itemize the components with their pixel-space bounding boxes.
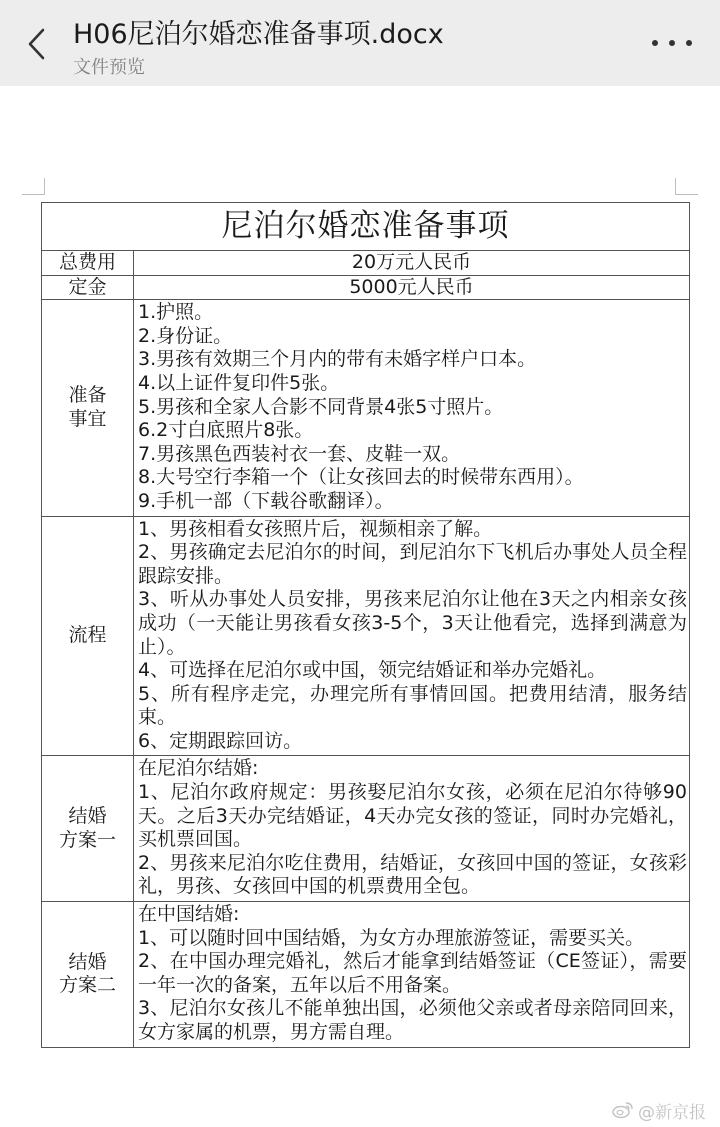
label-line: 结婚 xyxy=(46,951,129,975)
label-line: 准备 xyxy=(46,384,129,408)
label-line: 结婚 xyxy=(46,805,129,829)
page-corner-mark-left xyxy=(22,178,45,195)
list-item: 1、尼泊尔政府规定：男孩娶尼泊尔女孩，必须在尼泊尔待够90天。之后3天办完结婚证… xyxy=(138,781,687,852)
more-horizontal-icon[interactable] xyxy=(652,36,692,50)
list-item: 4、可选择在尼泊尔或中国，领完结婚证和举办完婚礼。 xyxy=(138,659,687,683)
table-row-plan-two: 结婚 方案二 在中国结婚: 1、可以随时回中国结婚，为女方办理旅游签证，需要买关… xyxy=(42,902,690,1048)
list-item: 5、所有程序走完，办理完所有事情回国。把费用结清，服务结束。 xyxy=(138,683,687,730)
chevron-left-icon[interactable] xyxy=(24,26,50,62)
list-item: 2、在中国办理完婚礼，然后才能拿到结婚签证（CE签证），需要一年一次的备案，五年… xyxy=(138,950,687,997)
watermark-text: @新京报 xyxy=(638,1098,706,1123)
list-item: 6、定期跟踪回访。 xyxy=(138,730,687,754)
weibo-icon xyxy=(612,1101,634,1119)
file-preview-subtitle: 文件预览 xyxy=(73,53,145,79)
list-item: 5.男孩和全家人合影不同背景4张5寸照片。 xyxy=(138,396,687,420)
list-item: 7.男孩黑色西装衬衣一套、皮鞋一双。 xyxy=(138,443,687,467)
top-bar: H06尼泊尔婚恋准备事项.docx 文件预览 xyxy=(0,0,720,86)
plan-one-content: 在尼泊尔结婚: 1、尼泊尔政府规定：男孩娶尼泊尔女孩，必须在尼泊尔待够90天。之… xyxy=(134,756,690,902)
table-row-plan-one: 结婚 方案一 在尼泊尔结婚: 1、尼泊尔政府规定：男孩娶尼泊尔女孩，必须在尼泊尔… xyxy=(42,756,690,902)
table-row-preparation: 准备 事宜 1.护照。 2.身份证。 3.男孩有效期三个月内的带有未婚字样户口本… xyxy=(42,300,690,516)
table-row-process: 流程 1、男孩相看女孩照片后，视频相亲了解。 2、男孩确定去尼泊尔的时间，到尼泊… xyxy=(42,516,690,756)
list-item: 8.大号空行李箱一个（让女孩回去的时候带东西用）。 xyxy=(138,466,687,490)
table-title: 尼泊尔婚恋准备事项 xyxy=(42,203,690,251)
plan-heading: 在中国结婚: xyxy=(138,903,687,927)
dot xyxy=(652,40,658,46)
preparation-list: 1.护照。 2.身份证。 3.男孩有效期三个月内的带有未婚字样户口本。 4.以上… xyxy=(134,300,690,516)
dot xyxy=(686,40,692,46)
list-item: 6.2寸白底照片8张。 xyxy=(138,419,687,443)
list-item: 4.以上证件复印件5张。 xyxy=(138,372,687,396)
label-line: 方案二 xyxy=(46,974,129,998)
watermark: @新京报 xyxy=(612,1098,706,1122)
dot xyxy=(669,40,675,46)
list-item: 9.手机一部（下载谷歌翻译）。 xyxy=(138,490,687,514)
label-deposit: 定金 xyxy=(42,275,134,300)
value-deposit: 5000元人民币 xyxy=(134,275,690,300)
label-preparation: 准备 事宜 xyxy=(42,300,134,516)
list-item: 1、可以随时回中国结婚，为女方办理旅游签证，需要买关。 xyxy=(138,927,687,951)
list-item: 2、男孩来尼泊尔吃住费用，结婚证，女孩回中国的签证，女孩彩礼，男孩、女孩回中国的… xyxy=(138,852,687,899)
label-line: 方案一 xyxy=(46,829,129,853)
table-title-row: 尼泊尔婚恋准备事项 xyxy=(42,203,690,251)
list-item: 3、尼泊尔女孩儿不能单独出国，必须他父亲或者母亲陪同回来，女方家属的机票，男方需… xyxy=(138,997,687,1044)
label-plan-one: 结婚 方案一 xyxy=(42,756,134,902)
list-item: 1.护照。 xyxy=(138,301,687,325)
document-table: 尼泊尔婚恋准备事项 总费用 20万元人民币 定金 5000元人民币 准备 事宜 … xyxy=(41,202,690,1048)
list-item: 3.男孩有效期三个月内的带有未婚字样户口本。 xyxy=(138,348,687,372)
plan-two-content: 在中国结婚: 1、可以随时回中国结婚，为女方办理旅游签证，需要买关。 2、在中国… xyxy=(134,902,690,1048)
label-line: 事宜 xyxy=(46,408,129,432)
table-row-total-cost: 总费用 20万元人民币 xyxy=(42,251,690,276)
plan-heading: 在尼泊尔结婚: xyxy=(138,757,687,781)
label-plan-two: 结婚 方案二 xyxy=(42,902,134,1048)
table-row-deposit: 定金 5000元人民币 xyxy=(42,275,690,300)
value-total-cost: 20万元人民币 xyxy=(134,251,690,276)
label-process: 流程 xyxy=(42,516,134,756)
list-item: 2.身份证。 xyxy=(138,325,687,349)
list-item: 1、男孩相看女孩照片后，视频相亲了解。 xyxy=(138,518,687,542)
list-item: 3、听从办事处人员安排，男孩来尼泊尔让他在3天之内相亲女孩成功（一天能让男孩看女… xyxy=(138,588,687,659)
process-list: 1、男孩相看女孩照片后，视频相亲了解。 2、男孩确定去尼泊尔的时间，到尼泊尔下飞… xyxy=(134,516,690,756)
page-corner-mark-right xyxy=(675,178,698,195)
label-total-cost: 总费用 xyxy=(42,251,134,276)
file-title: H06尼泊尔婚恋准备事项.docx xyxy=(73,12,444,51)
list-item: 2、男孩确定去尼泊尔的时间，到尼泊尔下飞机后办事处人员全程跟踪安排。 xyxy=(138,541,687,588)
